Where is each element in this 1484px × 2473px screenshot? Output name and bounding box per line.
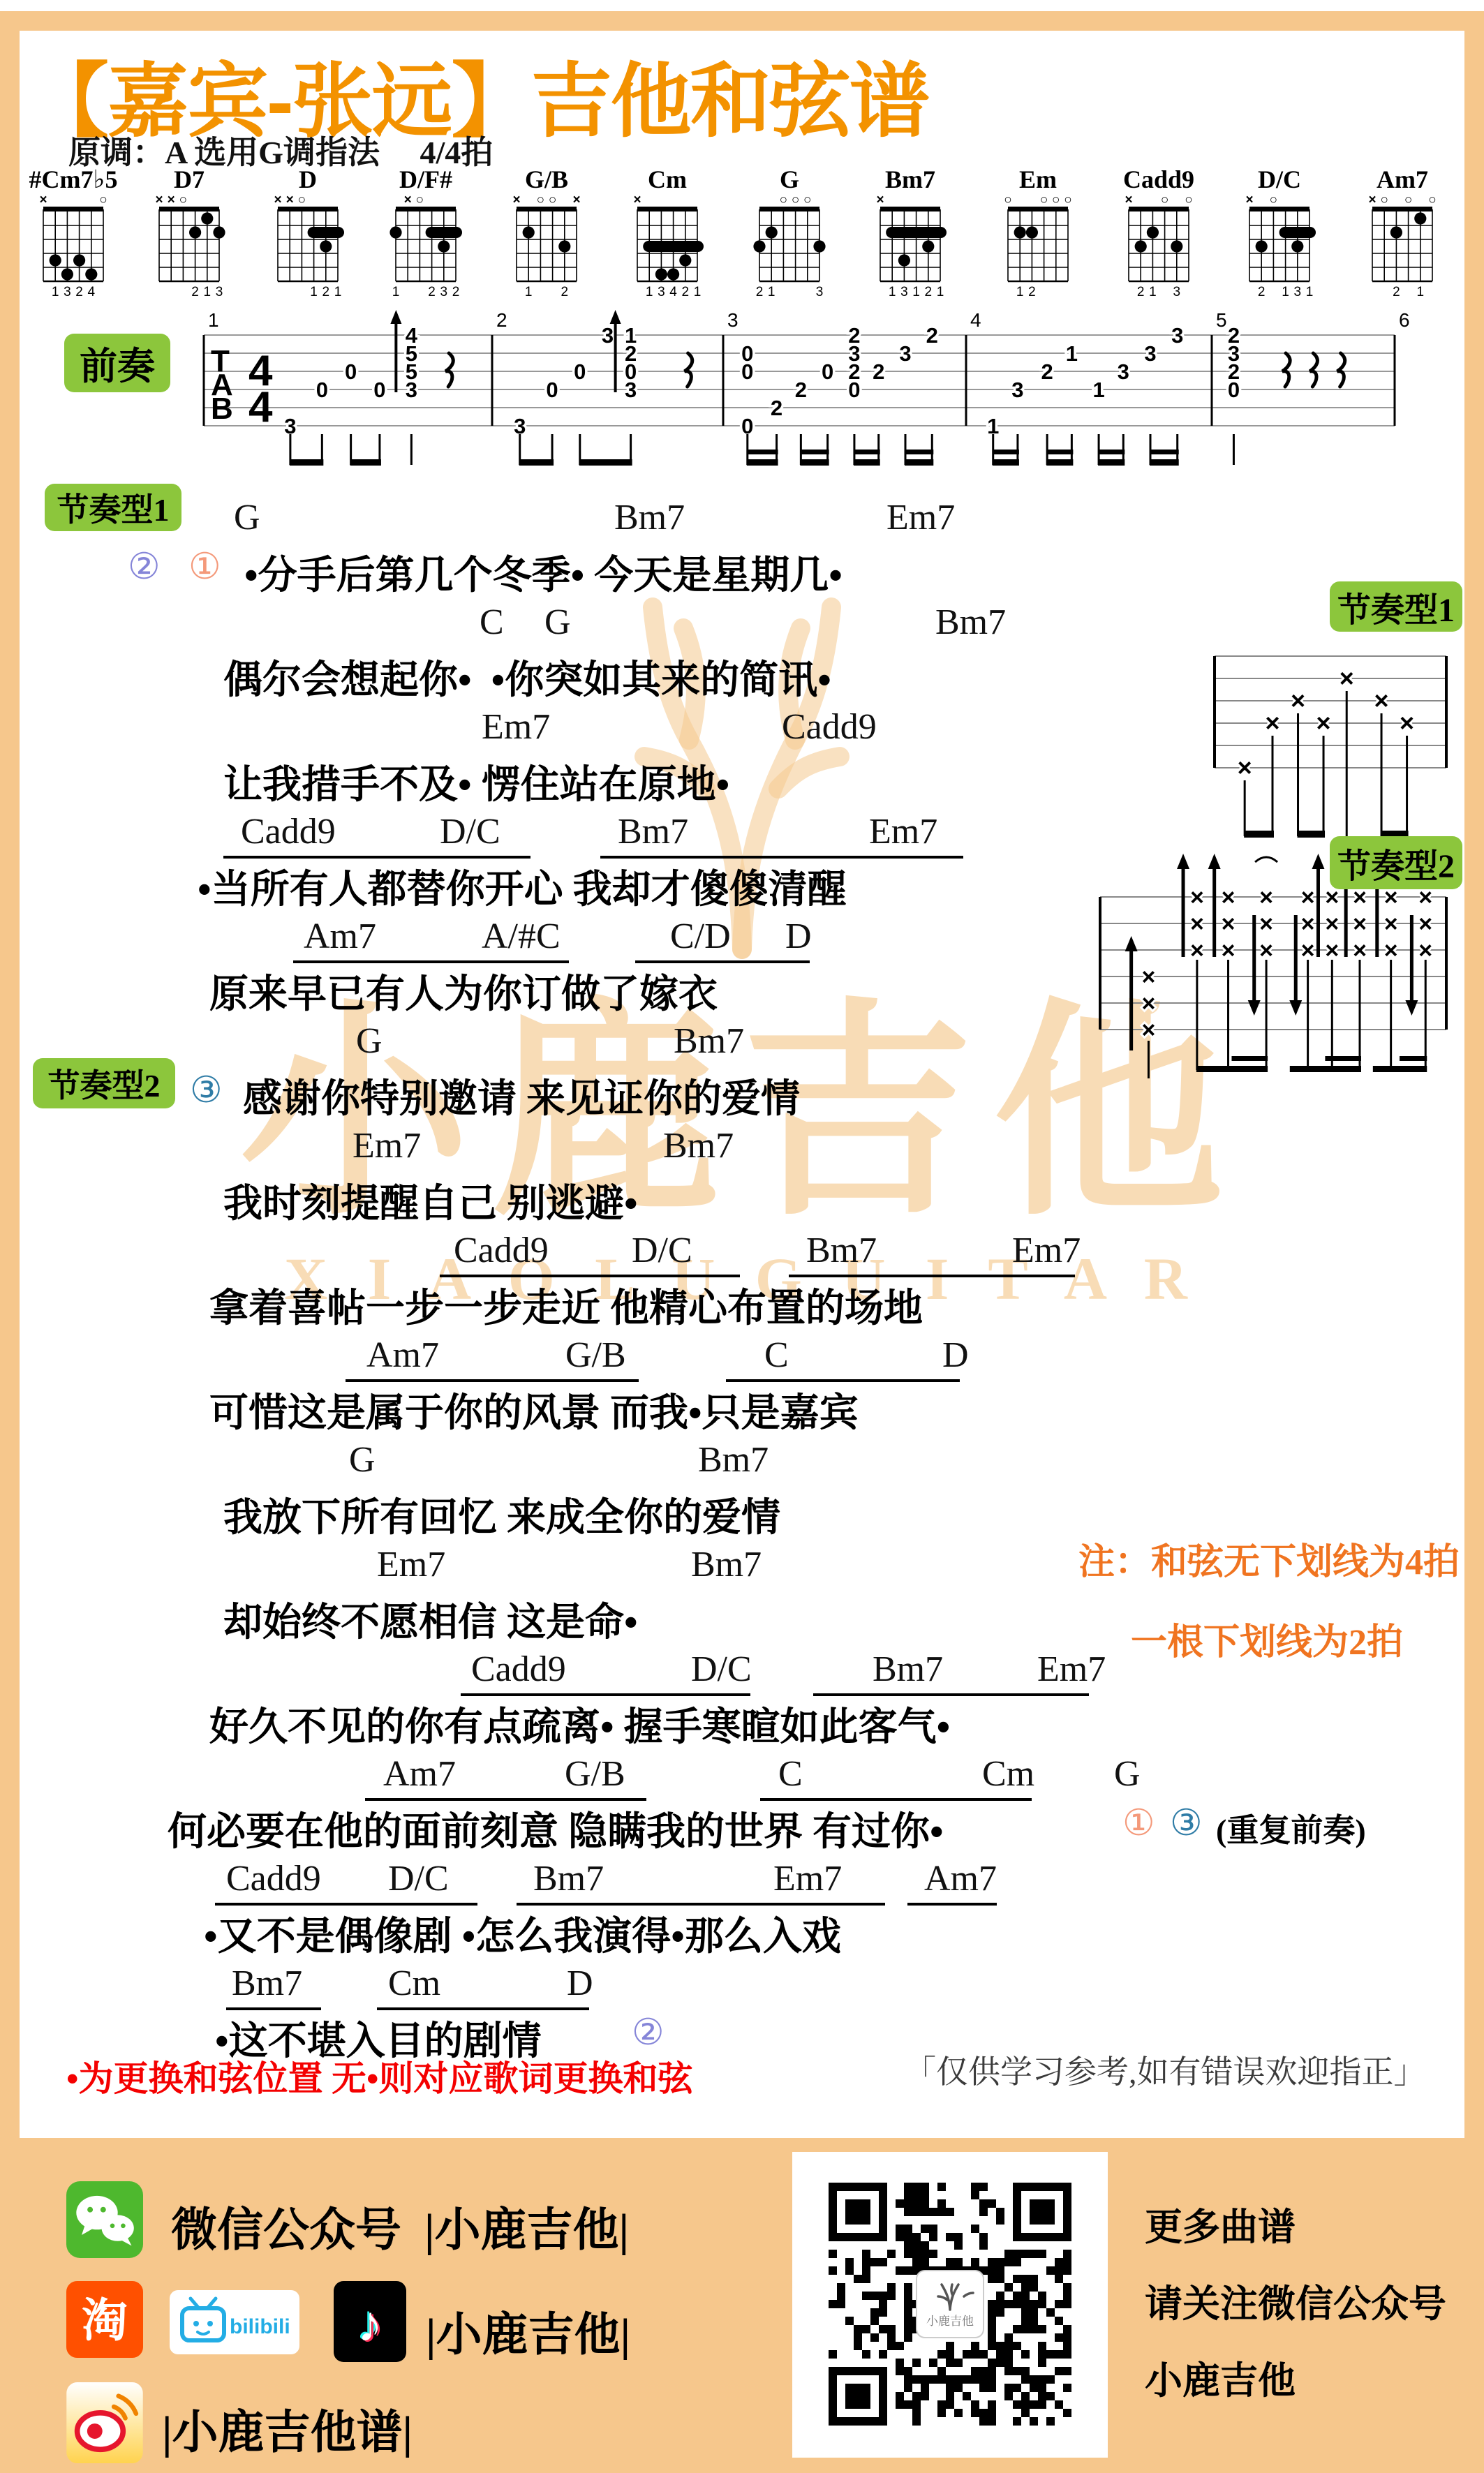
svg-text:小鹿吉他: 小鹿吉他 (926, 2315, 974, 2328)
svg-text:1: 1 (937, 285, 944, 299)
chord-label: Em7 (482, 706, 550, 748)
chord-label: Cm (388, 1963, 440, 2004)
svg-text:×: × (1142, 964, 1156, 990)
svg-text:○: ○ (99, 194, 107, 207)
svg-text:1: 1 (768, 285, 776, 299)
svg-text:2: 2 (756, 285, 764, 299)
chord-label: Cm (982, 1753, 1034, 1795)
lyric-text: 好久不见的你有点疏离• 握手寒暄如此客气• (209, 1696, 950, 1752)
chord-label: Em7 (773, 1858, 842, 1899)
svg-text:×: × (1265, 708, 1279, 737)
chord-label: A/#C (482, 916, 561, 957)
svg-text:○: ○ (179, 194, 187, 207)
svg-text:4: 4 (970, 309, 981, 331)
chord-label: D (942, 1335, 969, 1376)
verse-mark: ① (1122, 1802, 1155, 1844)
svg-text:3: 3 (1011, 378, 1023, 402)
chord-label: C (480, 602, 504, 643)
chord-diagram-Em: Em○○○○21 (986, 165, 1090, 309)
chord-grid: ○○○×12 (1350, 194, 1455, 306)
chord-diagram-name: D/C (1227, 165, 1332, 194)
chord-label: Cadd9 (454, 1230, 549, 1271)
wechat-icon (66, 2181, 143, 2258)
svg-text:4: 4 (669, 285, 677, 299)
svg-text:2: 2 (322, 285, 330, 299)
svg-text:2: 2 (1393, 285, 1400, 299)
svg-text:2: 2 (1137, 285, 1145, 299)
chord-diagram-name: #Cm7♭5 (21, 165, 126, 194)
chord-diagram-name: D/F# (373, 165, 478, 194)
chord-label: G/B (565, 1753, 625, 1795)
svg-text:2: 2 (926, 323, 938, 348)
chord-diagram-D7: D7○××312 (137, 165, 242, 309)
svg-text:3: 3 (216, 285, 223, 299)
svg-text:2: 2 (496, 309, 507, 331)
svg-text:○: ○ (1052, 194, 1060, 207)
chord-label: Bm7 (674, 1020, 744, 1062)
verse-mark: ② (632, 2012, 665, 2054)
chord-label: Am7 (924, 1858, 997, 1899)
rhythm2-right-label-text: 节奏型2 (1337, 839, 1455, 887)
verse-mark: ① (188, 546, 221, 588)
svg-text:×: × (1190, 884, 1204, 911)
frame-top (0, 11, 1484, 31)
chord-label: G (234, 497, 260, 538)
svg-text:3: 3 (64, 285, 71, 299)
chord-grid: ○×2321 (373, 194, 478, 306)
intro-tab-staff: 123456TAB4430004553300312030002202320232… (181, 307, 1438, 510)
chord-label: Bm7 (614, 497, 685, 538)
chord-diagram-name: Em (986, 165, 1090, 194)
svg-text:2: 2 (75, 285, 83, 299)
lyric-text: 我时刻提醒自己 别逃避• (223, 1173, 638, 1228)
lyric-text: 偶尔会想起你• •你突如其来的简讯• (223, 649, 831, 705)
svg-text:○: ○ (416, 194, 424, 207)
svg-text:2: 2 (191, 285, 199, 299)
svg-text:0: 0 (574, 359, 586, 384)
svg-text:0: 0 (1228, 378, 1240, 402)
chord-label: D (567, 1963, 593, 2004)
chord-label: C/D (670, 916, 731, 957)
chord-diagram-G: G○○○312 (737, 165, 842, 309)
chord-diagram-G/B: G/B×○○×21 (494, 165, 599, 309)
svg-text:1: 1 (1306, 285, 1314, 299)
svg-text:×: × (1142, 1017, 1156, 1044)
chord-diagram-name: G/B (494, 165, 599, 194)
svg-text:1: 1 (334, 285, 342, 299)
svg-text:○: ○ (549, 194, 556, 207)
chord-grid: ○○○○21 (986, 194, 1090, 306)
svg-text:×: × (1190, 911, 1204, 937)
svg-text:○: ○ (1185, 194, 1192, 207)
chord-label: Bm7 (691, 1544, 762, 1585)
chord-diagram-name: D7 (137, 165, 242, 194)
chord-label: Am7 (304, 916, 376, 957)
chord-diagram-#Cm7♭5: #Cm7♭5○×4231 (21, 165, 126, 309)
svg-text:3: 3 (727, 309, 739, 331)
chord-label: C (778, 1753, 803, 1795)
svg-text:0: 0 (546, 378, 558, 402)
svg-text:1: 1 (1092, 378, 1104, 402)
chord-label: Cadd9 (782, 706, 877, 748)
disclaimer-note: 「仅供学习参考,如有错误欢迎指正」 (904, 2047, 1426, 2093)
verse-mark: ③ (1170, 1802, 1203, 1844)
svg-text:淘: 淘 (82, 2294, 128, 2346)
chord-label: Am7 (366, 1335, 439, 1376)
chord-label: Bm7 (698, 1439, 769, 1480)
chord-diagram-name: G (737, 165, 842, 194)
svg-text:○: ○ (792, 194, 799, 207)
svg-text:1: 1 (204, 285, 212, 299)
svg-text:×: × (512, 194, 520, 207)
svg-text:○: ○ (803, 194, 811, 207)
svg-text:1: 1 (912, 285, 920, 299)
svg-text:3: 3 (900, 285, 908, 299)
footer-row1-text: 微信公众号 |小鹿吉他| (171, 2192, 629, 2259)
svg-text:5: 5 (1216, 309, 1227, 331)
svg-text:2: 2 (873, 359, 884, 384)
svg-text:×: × (1259, 911, 1273, 937)
svg-text:0: 0 (373, 378, 385, 402)
chord-grid: ×12131 (858, 194, 963, 306)
chord-grid: ○××312 (137, 194, 242, 306)
chord-label: D/C (632, 1230, 692, 1271)
lyric-text: •当所有人都替你开心 我却才傻傻清醒 (198, 859, 847, 914)
svg-text:×: × (155, 194, 163, 207)
qr-code: 小鹿吉他 (812, 2166, 1088, 2442)
svg-text:×: × (1316, 708, 1331, 737)
svg-text:×: × (274, 194, 281, 207)
chord-grid: ○×4231 (21, 194, 126, 306)
svg-text:0: 0 (316, 378, 328, 402)
svg-text:2: 2 (452, 285, 460, 299)
chord-label: D/C (388, 1858, 449, 1899)
svg-text:×: × (572, 194, 580, 207)
svg-text:3: 3 (899, 341, 911, 366)
svg-text:B: B (211, 392, 233, 426)
chord-diagram-name: Cm (615, 165, 720, 194)
chord-diagram-Bm7: Bm7×12131 (858, 165, 963, 309)
svg-text:○: ○ (1004, 194, 1011, 207)
chord-grid: ×12431 (615, 194, 720, 306)
chord-label: Bm7 (232, 1963, 302, 2004)
chord-label: Em7 (353, 1125, 421, 1166)
chord-diagram-name: Am7 (1350, 165, 1455, 194)
footer: 微信公众号 |小鹿吉他| 淘 bilibili ♪ ♪ ♪ |小鹿吉他| (0, 2138, 1484, 2473)
footer-more-line2: 请关注微信公众号 (1145, 2274, 1446, 2328)
svg-text:3: 3 (816, 285, 824, 299)
chord-label: Cadd9 (226, 1858, 321, 1899)
svg-text:2: 2 (1041, 359, 1053, 384)
svg-text:1: 1 (1066, 341, 1078, 366)
svg-text:×: × (1340, 664, 1354, 692)
tiktok-icon: ♪ ♪ ♪ (334, 2281, 406, 2362)
svg-text:3: 3 (1294, 285, 1302, 299)
svg-text:○: ○ (1064, 194, 1071, 207)
chord-grid: ○○×312 (1106, 194, 1211, 306)
lyric-text: 原来早已有人为你订做了嫁衣 (209, 963, 718, 1019)
intro-label: 前奏 (64, 334, 170, 392)
intro-label-text: 前奏 (80, 336, 155, 390)
svg-text:0: 0 (822, 359, 833, 384)
chord-label: Cadd9 (241, 811, 336, 852)
rhythm1-left-label-text: 节奏型1 (57, 484, 170, 530)
svg-text:1: 1 (208, 309, 219, 331)
svg-text:×: × (1301, 884, 1315, 911)
chord-label: G (349, 1439, 376, 1480)
svg-text:○: ○ (1404, 194, 1412, 207)
rhythm1-right-label-text: 节奏型1 (1337, 583, 1455, 631)
svg-text:1: 1 (694, 285, 702, 299)
lyric-text: 可惜这是属于你的风景 而我•只是嘉宾 (209, 1382, 859, 1438)
svg-text:3: 3 (440, 285, 448, 299)
svg-text:×: × (633, 194, 641, 207)
chord-label: G (1114, 1753, 1141, 1795)
svg-text:×: × (1245, 194, 1253, 207)
lyric-text: •又不是偶像剧 •怎么我演得•那么入戏 (204, 1906, 841, 1961)
svg-text:×: × (39, 194, 47, 207)
chord-label: Em7 (377, 1544, 445, 1585)
svg-text:0: 0 (848, 378, 860, 402)
chord-grid: ○××121 (255, 194, 360, 306)
chord-label: G (544, 602, 571, 643)
chord-diagram-name: D (255, 165, 360, 194)
chord-label: Em7 (1012, 1230, 1081, 1271)
svg-text:0: 0 (345, 359, 357, 384)
lyric-text: •分手后第几个冬季• 今天是星期几• (244, 544, 843, 600)
footer-row2-text: |小鹿吉他| (426, 2297, 630, 2363)
verse-mark: ② (128, 546, 161, 588)
svg-text:3: 3 (625, 378, 637, 402)
svg-text:×: × (1368, 194, 1376, 207)
footer-row3-text: |小鹿吉他谱| (162, 2395, 413, 2461)
beat-rule-note-2: 一根下划线为2拍 (1131, 1612, 1403, 1665)
svg-text:0: 0 (741, 359, 753, 384)
chord-diagram-D: D○××121 (255, 165, 360, 309)
chord-diagram-Cm: Cm×12431 (615, 165, 720, 309)
svg-text:×: × (1222, 884, 1236, 911)
rhythm2-left-label: 节奏型2 (33, 1058, 175, 1108)
svg-text:×: × (286, 194, 294, 207)
svg-text:○: ○ (298, 194, 306, 207)
svg-text:×: × (404, 194, 412, 207)
chord-grid: ×○○×21 (494, 194, 599, 306)
svg-text:○: ○ (1161, 194, 1168, 207)
beat-underline (907, 1903, 997, 1906)
svg-text:×: × (1325, 911, 1339, 937)
chord-diagram-name: Cadd9 (1106, 165, 1211, 194)
rhythm1-left-label: 节奏型1 (45, 484, 181, 531)
chord-label: G/B (565, 1335, 626, 1376)
svg-text:2: 2 (428, 285, 436, 299)
chord-diagram-D/C: D/C○×1312 (1227, 165, 1332, 309)
beat-rule-note-1: 注：和弦无下划线为4拍 (1078, 1532, 1460, 1584)
svg-text:6: 6 (1399, 309, 1410, 331)
svg-text:2: 2 (561, 285, 569, 299)
svg-text:2: 2 (925, 285, 933, 299)
lyric-text: 感谢你特别邀请 来见证你的爱情 (243, 1068, 800, 1124)
svg-text:×: × (1291, 686, 1305, 715)
lyric-text: 却始终不愿相信 这是命• (223, 1591, 638, 1647)
svg-text:2: 2 (1028, 285, 1036, 299)
bilibili-icon: bilibili (170, 2290, 299, 2354)
chord-diagram-Cadd9: Cadd9○○×312 (1106, 165, 1211, 309)
svg-text:3: 3 (1144, 341, 1156, 366)
chord-swap-note: •为更换和弦位置 无•则对应歌词更换和弦 (66, 2051, 693, 2101)
chord-sheet-page: 小鹿吉他 X I A O L U G U I T A R 【嘉宾-张远】吉他和弦… (0, 0, 1484, 2473)
svg-text:×: × (1142, 990, 1156, 1017)
svg-text:2: 2 (771, 396, 782, 420)
svg-text:1: 1 (1417, 285, 1425, 299)
footer-more-line3: 小鹿吉他 (1145, 2351, 1296, 2405)
lyric-text: 拿着喜帖一步一步走近 他精心布置的场地 (209, 1277, 923, 1333)
svg-text:4: 4 (248, 383, 273, 431)
svg-text:×: × (1125, 194, 1132, 207)
svg-text:4: 4 (88, 285, 96, 299)
rhythm1-staff: ××××××× (1205, 649, 1456, 866)
svg-text:2: 2 (795, 378, 807, 402)
svg-text:○: ○ (1428, 194, 1436, 207)
svg-text:2: 2 (1258, 285, 1266, 299)
footer-more-line1: 更多曲谱 (1145, 2197, 1296, 2251)
rhythm1-right-label: 节奏型1 (1330, 581, 1462, 632)
chord-grid: ○×1312 (1227, 194, 1332, 306)
chord-label: D/C (440, 811, 500, 852)
chord-label: Bm7 (663, 1125, 734, 1166)
svg-text:×: × (1384, 911, 1398, 937)
chord-label: D/C (691, 1649, 752, 1690)
chord-label: D (785, 916, 812, 957)
repeat-intro-note: (重复前奏) (1216, 1805, 1366, 1851)
lyric-text: 何必要在他的面前刻意 隐瞒我的世界 有过你• (168, 1801, 944, 1857)
svg-text:2: 2 (682, 285, 690, 299)
chord-diagram-D/F#: D/F#○×2321 (373, 165, 478, 309)
svg-text:3: 3 (658, 285, 665, 299)
svg-text:×: × (876, 194, 884, 207)
svg-text:×: × (1400, 708, 1414, 737)
svg-text:3: 3 (406, 378, 417, 402)
svg-text:○: ○ (1040, 194, 1048, 207)
svg-text:1: 1 (392, 285, 400, 299)
svg-text:×: × (1353, 911, 1367, 937)
chord-label: Bm7 (806, 1230, 877, 1271)
chord-grid: ○○○312 (737, 194, 842, 306)
chord-label: C (764, 1335, 789, 1376)
lyric-text: 让我措手不及• 愣住站在原地• (223, 754, 729, 810)
svg-text:1: 1 (1016, 285, 1024, 299)
chord-label: Em7 (869, 811, 937, 852)
svg-text:○: ○ (1270, 194, 1277, 207)
svg-text:○: ○ (780, 194, 787, 207)
svg-text:×: × (1374, 686, 1389, 715)
svg-text:○: ○ (537, 194, 544, 207)
chord-label: Bm7 (533, 1858, 604, 1899)
svg-text:1: 1 (525, 285, 533, 299)
svg-text:○: ○ (1380, 194, 1388, 207)
svg-text:1: 1 (1282, 285, 1289, 299)
chord-diagram-Am7: Am7○○○×12 (1350, 165, 1455, 309)
svg-text:3: 3 (1118, 359, 1129, 384)
chord-label: Am7 (383, 1753, 456, 1795)
svg-text:3: 3 (1171, 323, 1183, 348)
bilibili-label: bilibili (230, 2315, 290, 2338)
chord-label: Cadd9 (471, 1649, 566, 1690)
chord-label: Em7 (886, 497, 955, 538)
lyric-text: 我放下所有回忆 来成全你的爱情 (223, 1487, 780, 1543)
svg-text:×: × (1301, 911, 1315, 937)
svg-text:1: 1 (310, 285, 318, 299)
svg-text:3: 3 (602, 323, 614, 348)
rhythm2-right-label: 节奏型2 (1330, 836, 1462, 889)
taobao-icon: 淘 (66, 2281, 143, 2358)
svg-text:3: 3 (1173, 285, 1181, 299)
verse-mark: ③ (190, 1069, 223, 1111)
weibo-icon (66, 2382, 143, 2463)
chord-label: G (356, 1020, 383, 1062)
svg-text:1: 1 (646, 285, 653, 299)
chord-label: Bm7 (618, 811, 688, 852)
svg-text:1: 1 (889, 285, 896, 299)
chord-label: Em7 (1037, 1649, 1106, 1690)
svg-text:1: 1 (1149, 285, 1157, 299)
svg-text:×: × (1259, 884, 1273, 911)
chord-label: Bm7 (935, 602, 1006, 643)
svg-text:×: × (1418, 911, 1432, 937)
svg-text:×: × (1238, 753, 1252, 782)
svg-text:1: 1 (52, 285, 59, 299)
chord-diagram-name: Bm7 (858, 165, 963, 194)
chord-label: Bm7 (873, 1649, 943, 1690)
svg-text:♪: ♪ (357, 2296, 383, 2352)
svg-text:×: × (1222, 911, 1236, 937)
svg-text:×: × (168, 194, 175, 207)
